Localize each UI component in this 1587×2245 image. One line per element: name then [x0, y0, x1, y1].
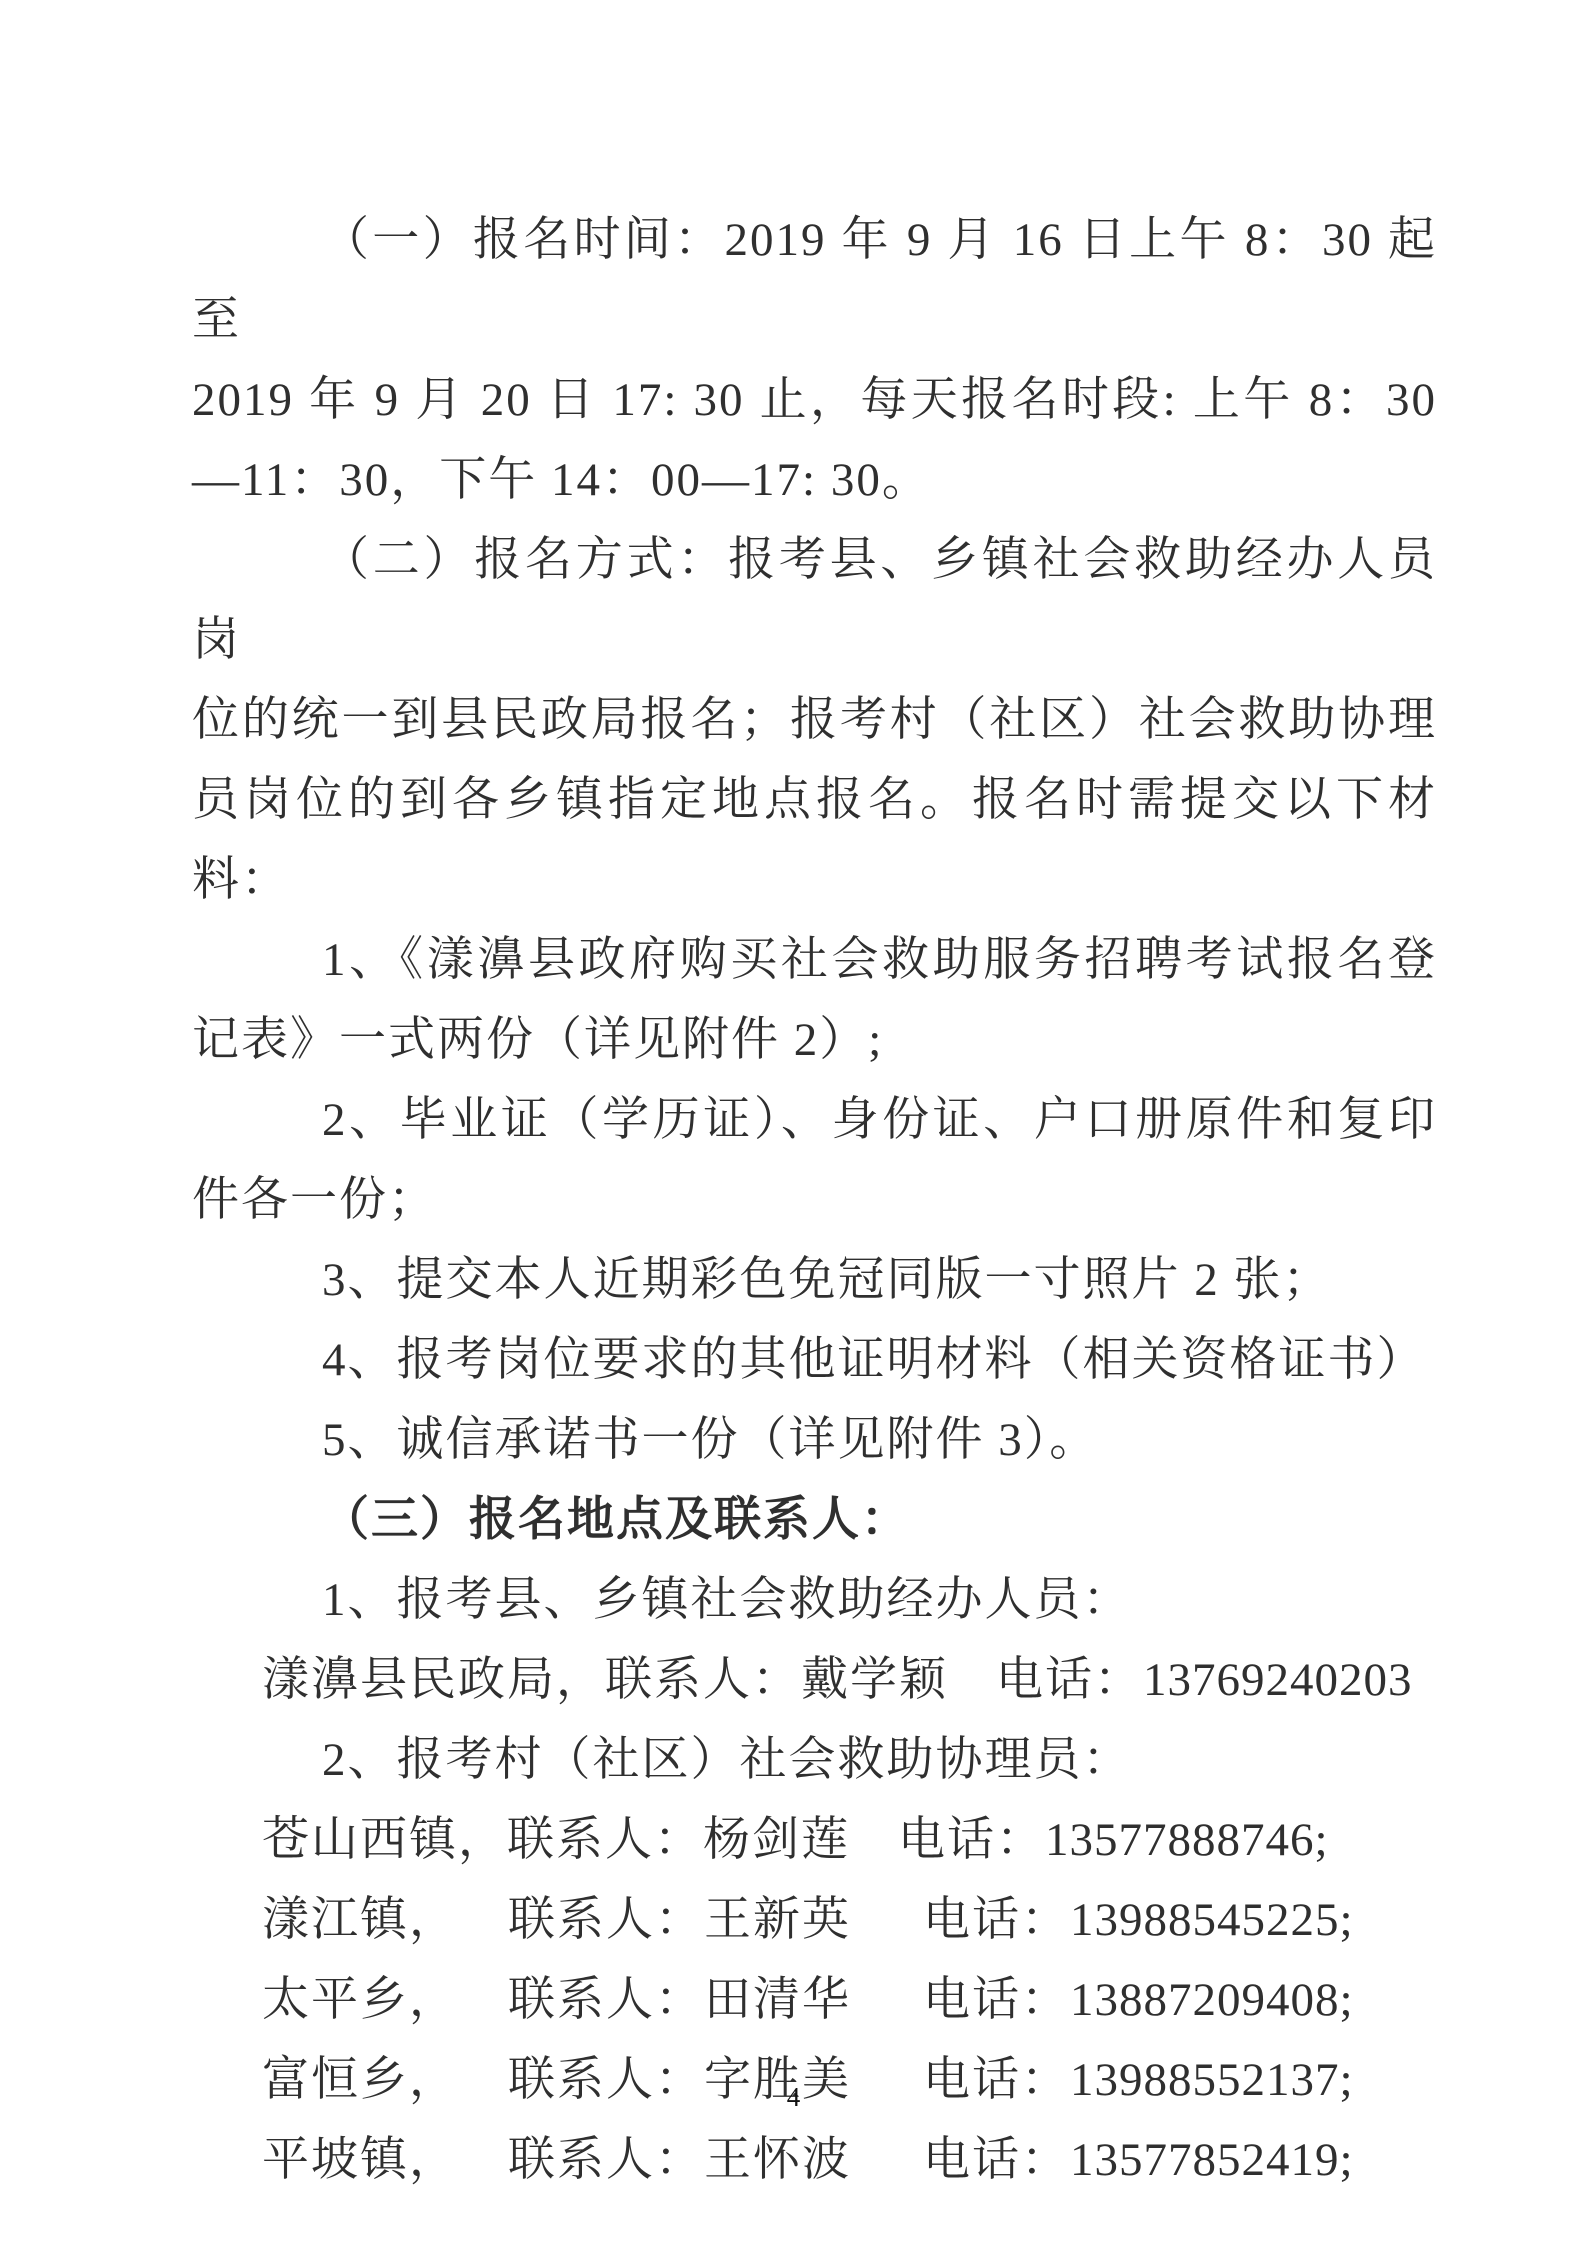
paragraph-line: —11：30，下午 14：00—17: 30。	[192, 440, 1437, 520]
contact-place: 太平乡，	[262, 1974, 458, 2026]
phone-number: 13988545225;	[1070, 1894, 1354, 1946]
list-item-line: 件各一份；	[192, 1160, 1437, 1240]
phone-number: 13887209408;	[1070, 1974, 1354, 2026]
contact-name: 王新英	[704, 1894, 851, 1946]
contact-line: 漾濞县民政局，联系人：戴学颖电话：13769240203	[192, 1640, 1437, 1720]
contact-place: 漾濞县民政局，	[262, 1654, 605, 1706]
phone-label: 电话：	[996, 1654, 1143, 1706]
paragraph-line: 料：	[192, 840, 1437, 920]
list-item-line: 4、报考岗位要求的其他证明材料（相关资格证书）	[192, 1320, 1437, 1400]
contact-label: 联系人：	[508, 1894, 704, 1946]
phone-label: 电话：	[923, 1894, 1070, 1946]
phone-number: 13769240203	[1143, 1654, 1413, 1706]
list-item-line: 1、《漾濞县政府购买社会救助服务招聘考试报名登	[192, 920, 1437, 1000]
document-page: （一）报名时间：2019 年 9 月 16 日上午 8：30 起至 2019 年…	[0, 0, 1587, 2245]
contact-place: 漾江镇，	[262, 1894, 458, 1946]
list-item-line: 记表》一式两份（详见附件 2）;	[192, 1000, 1437, 1080]
contact-label: 联系人：	[508, 2134, 704, 2186]
text-block: （一）报名时间：2019 年 9 月 16 日上午 8：30 起至 2019 年…	[192, 200, 1437, 2200]
phone-number: 13577852419;	[1070, 2134, 1354, 2186]
contact-line: 漾江镇，联系人：王新英电话：13988545225;	[192, 1880, 1437, 1960]
contact-label: 联系人：	[605, 1654, 801, 1706]
phone-label: 电话：	[923, 1974, 1070, 2026]
contact-place: 平坡镇，	[262, 2134, 458, 2186]
contact-line: 太平乡，联系人：田清华电话：13887209408;	[192, 1960, 1437, 2040]
list-item-line: 3、提交本人近期彩色免冠同版一寸照片 2 张；	[192, 1240, 1437, 1320]
paragraph-line: 员岗位的到各乡镇指定地点报名。报名时需提交以下材	[192, 760, 1437, 840]
paragraph-line: （一）报名时间：2019 年 9 月 16 日上午 8：30 起至	[192, 200, 1437, 360]
contact-label: 联系人：	[507, 1814, 703, 1866]
list-item-line: 2、毕业证（学历证）、身份证、户口册原件和复印	[192, 1080, 1437, 1160]
contact-name: 戴学颖	[801, 1654, 948, 1706]
list-item-line: 5、诚信承诺书一份（详见附件 3）。	[192, 1400, 1437, 1480]
phone-number: 13577888746;	[1045, 1814, 1329, 1866]
contact-name: 王怀波	[704, 2134, 851, 2186]
contact-label: 联系人：	[508, 1974, 704, 2026]
list-item-line: 2、报考村（社区）社会救助协理员：	[192, 1720, 1437, 1800]
paragraph-line: （二）报名方式：报考县、乡镇社会救助经办人员岗	[192, 520, 1437, 680]
phone-label: 电话：	[898, 1814, 1045, 1866]
paragraph-line: 位的统一到县民政局报名；报考村（社区）社会救助协理	[192, 680, 1437, 760]
list-item-line: 1、报考县、乡镇社会救助经办人员：	[192, 1560, 1437, 1640]
contact-name: 田清华	[704, 1974, 851, 2026]
contact-line: 平坡镇，联系人：王怀波电话：13577852419;	[192, 2120, 1437, 2200]
page-number: 4	[0, 2082, 1587, 2113]
phone-label: 电话：	[923, 2134, 1070, 2186]
contact-place: 苍山西镇，	[262, 1814, 507, 1866]
contact-line: 苍山西镇，联系人：杨剑莲电话：13577888746;	[192, 1800, 1437, 1880]
paragraph-line: 2019 年 9 月 20 日 17: 30 止，每天报名时段: 上午 8：30	[192, 360, 1437, 440]
section-heading: （三）报名地点及联系人：	[192, 1480, 1437, 1560]
contact-name: 杨剑莲	[703, 1814, 850, 1866]
